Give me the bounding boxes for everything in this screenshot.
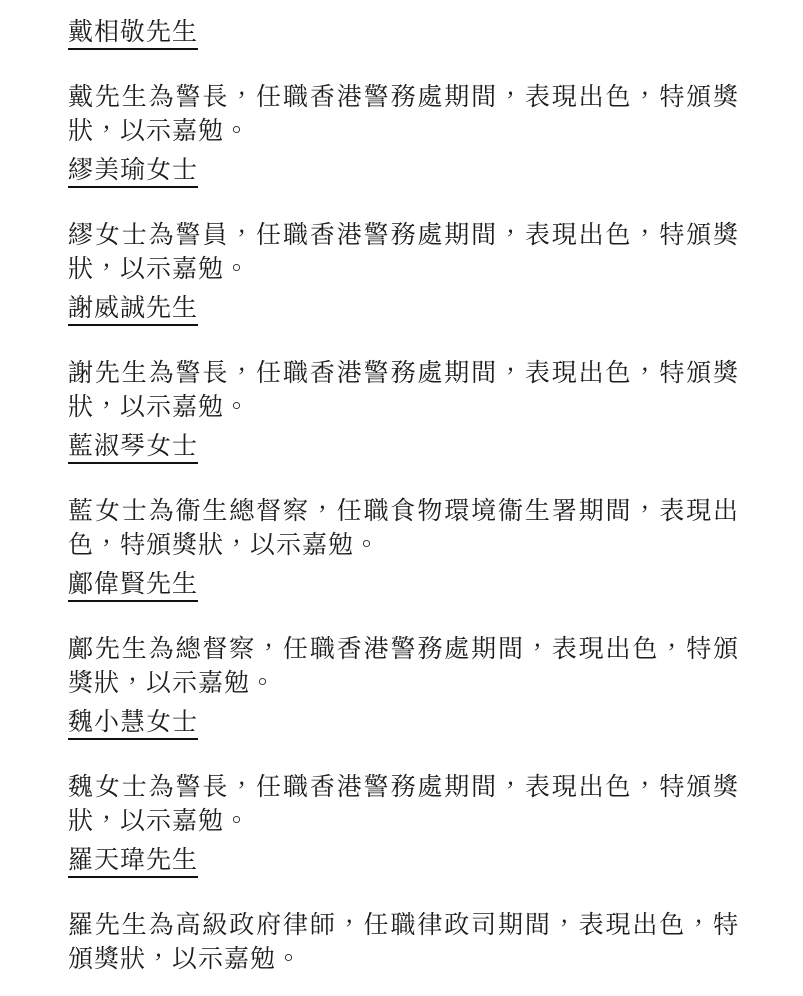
commendation-entry: 鄺偉賢先生 鄺先生為總督察，任職香港警務處期間，表現出色，特頒獎狀，以示嘉勉。 [68,571,739,701]
commendation-text: 藍女士為衞生總督察，任職食物環境衞生署期間，表現出色，特頒獎狀，以示嘉勉。 [68,495,739,563]
commendation-entry: 戴相敬先生 戴先生為警長，任職香港警務處期間，表現出色，特頒獎狀，以示嘉勉。 [68,19,739,149]
document-page: 戴相敬先生 戴先生為警長，任職香港警務處期間，表現出色，特頒獎狀，以示嘉勉。 繆… [0,0,803,996]
recipient-name: 魏小慧女士 [68,709,198,740]
commendation-text: 魏女士為警長，任職香港警務處期間，表現出色，特頒獎狀，以示嘉勉。 [68,771,739,839]
commendation-entry: 羅天瑋先生 羅先生為高級政府律師，任職律政司期間，表現出色，特頒獎狀，以示嘉勉。 [68,847,739,977]
recipient-name: 謝威誠先生 [68,295,198,326]
recipient-name-heading: 鄺偉賢先生 [68,571,739,602]
commendation-entry: 藍淑琴女士 藍女士為衞生總督察，任職食物環境衞生署期間，表現出色，特頒獎狀，以示… [68,433,739,563]
recipient-name-heading: 羅天瑋先生 [68,847,739,878]
recipient-name: 戴相敬先生 [68,19,198,50]
recipient-name: 繆美瑜女士 [68,157,198,188]
recipient-name: 羅天瑋先生 [68,847,198,878]
commendation-text: 繆女士為警員，任職香港警務處期間，表現出色，特頒獎狀，以示嘉勉。 [68,219,739,287]
recipient-name-heading: 謝威誠先生 [68,295,739,326]
commendation-entry: 謝威誠先生 謝先生為警長，任職香港警務處期間，表現出色，特頒獎狀，以示嘉勉。 [68,295,739,425]
recipient-name: 藍淑琴女士 [68,433,198,464]
commendation-text: 戴先生為警長，任職香港警務處期間，表現出色，特頒獎狀，以示嘉勉。 [68,81,739,149]
recipient-name-heading: 繆美瑜女士 [68,157,739,188]
recipient-name-heading: 藍淑琴女士 [68,433,739,464]
commendation-text: 羅先生為高級政府律師，任職律政司期間，表現出色，特頒獎狀，以示嘉勉。 [68,909,739,977]
recipient-name-heading: 戴相敬先生 [68,19,739,50]
recipient-name: 鄺偉賢先生 [68,571,198,602]
recipient-name-heading: 魏小慧女士 [68,709,739,740]
commendation-text: 謝先生為警長，任職香港警務處期間，表現出色，特頒獎狀，以示嘉勉。 [68,357,739,425]
commendation-text: 鄺先生為總督察，任職香港警務處期間，表現出色，特頒獎狀，以示嘉勉。 [68,633,739,701]
commendation-entry: 魏小慧女士 魏女士為警長，任職香港警務處期間，表現出色，特頒獎狀，以示嘉勉。 [68,709,739,839]
commendation-entry: 繆美瑜女士 繆女士為警員，任職香港警務處期間，表現出色，特頒獎狀，以示嘉勉。 [68,157,739,287]
